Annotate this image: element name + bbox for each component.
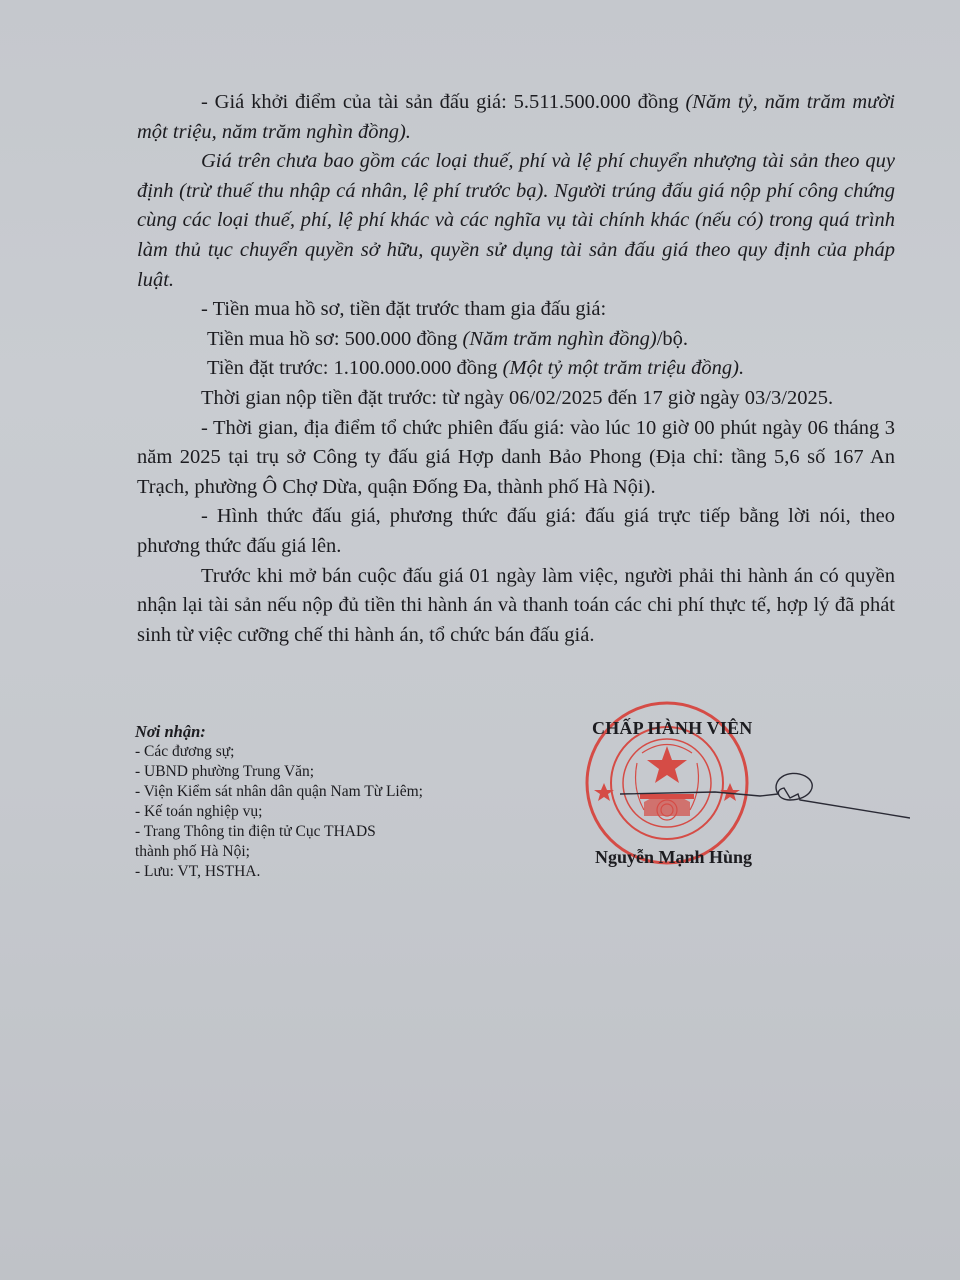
text-run: Tiền đặt trước: 1.100.000.000 đồng — [207, 357, 503, 379]
text-run: (Năm trăm nghìn đồng) — [463, 328, 657, 350]
recipients-title: Nơi nhận: — [135, 722, 423, 742]
text-run: - Hình thức đấu giá, phương thức đấu giá… — [137, 505, 895, 557]
recipient-item: - Trang Thông tin điện tử Cục THADS — [135, 822, 423, 842]
paragraph-redemption-right: Trước khi mở bán cuộc đấu giá 01 ngày là… — [137, 562, 895, 651]
handwritten-signature-icon — [620, 770, 910, 840]
paragraph-fees-heading: - Tiền mua hồ sơ, tiền đặt trước tham gi… — [137, 295, 895, 325]
document-body: - Giá khởi điểm của tài sản đấu giá: 5.5… — [137, 88, 895, 650]
text-run: - Giá khởi điểm của tài sản đấu giá: 5.5… — [201, 91, 685, 113]
paragraph-dossier-fee: Tiền mua hồ sơ: 500.000 đồng (Năm trăm n… — [137, 325, 895, 355]
paragraph-deposit-time: Thời gian nộp tiền đặt trước: từ ngày 06… — [137, 384, 895, 414]
document-page: - Giá khởi điểm của tài sản đấu giá: 5.5… — [0, 0, 960, 1280]
text-run: /bộ. — [657, 328, 688, 350]
text-run: - Thời gian, địa điểm tổ chức phiên đấu … — [137, 417, 895, 498]
recipient-item: - Viện Kiểm sát nhân dân quận Nam Từ Liê… — [135, 782, 423, 802]
recipient-item: - UBND phường Trung Văn; — [135, 762, 423, 782]
paragraph-auction-time-place: - Thời gian, địa điểm tổ chức phiên đấu … — [137, 414, 895, 503]
paragraph-price-note: Giá trên chưa bao gồm các loại thuế, phí… — [137, 147, 895, 295]
recipient-item: - Các đương sự; — [135, 742, 423, 762]
text-run: - Tiền mua hồ sơ, tiền đặt trước tham gi… — [201, 298, 606, 320]
text-run: Trước khi mở bán cuộc đấu giá 01 ngày là… — [137, 565, 895, 646]
recipient-item: - Lưu: VT, HSTHA. — [135, 862, 423, 882]
recipient-item: thành phố Hà Nội; — [135, 842, 423, 862]
paragraph-starting-price: - Giá khởi điểm của tài sản đấu giá: 5.5… — [137, 88, 895, 147]
text-run: (Một tỷ một trăm triệu đồng). — [503, 357, 744, 379]
signer-name: Nguyễn Mạnh Hùng — [595, 847, 752, 868]
recipients-block: Nơi nhận: - Các đương sự; - UBND phường … — [135, 722, 423, 882]
text-run: Tiền mua hồ sơ: 500.000 đồng — [207, 328, 463, 350]
signer-role: CHẤP HÀNH VIÊN — [592, 718, 753, 739]
paragraph-auction-method: - Hình thức đấu giá, phương thức đấu giá… — [137, 502, 895, 561]
paragraph-deposit: Tiền đặt trước: 1.100.000.000 đồng (Một … — [137, 354, 895, 384]
text-run: Giá trên chưa bao gồm các loại thuế, phí… — [137, 150, 895, 290]
signature-block: CHẤP HÀNH VIÊN Nguyễn Mạnh Hùng — [560, 690, 920, 890]
text-run: Thời gian nộp tiền đặt trước: từ ngày 06… — [201, 387, 833, 409]
recipient-item: - Kế toán nghiệp vụ; — [135, 802, 423, 822]
